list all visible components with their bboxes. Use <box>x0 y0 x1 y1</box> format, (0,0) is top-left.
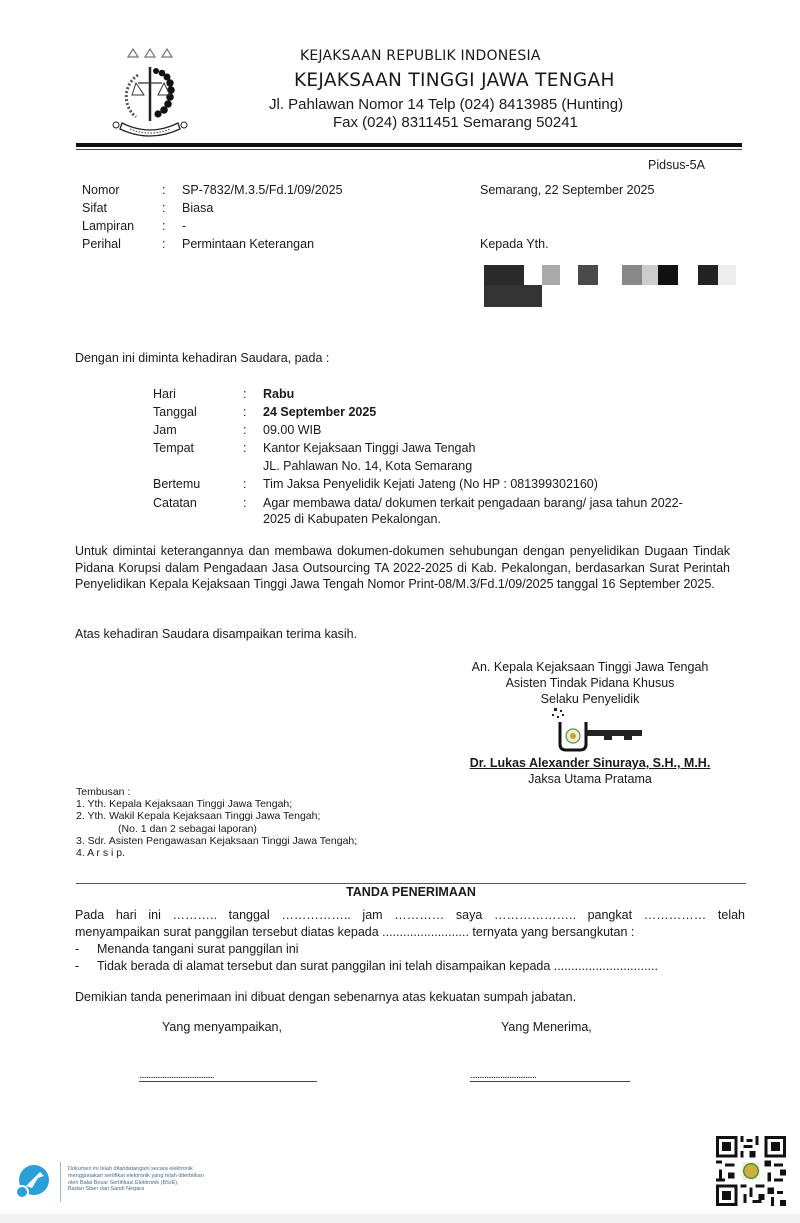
signer-name: Dr. Lukas Alexander Sinuraya, S.H., M.H. <box>440 755 740 771</box>
receipt-option: -Tidak berada di alamat tersebut dan sur… <box>75 958 745 975</box>
form-code: Pidsus-5A <box>648 158 705 172</box>
receipt-line1: Pada hari ini ……….. tanggal …………….. jam … <box>75 907 745 924</box>
signature-line2: Asisten Tindak Pidana Khusus <box>440 675 740 691</box>
left-sign-line: ........................................… <box>139 1070 317 1082</box>
detail-label: Catatan <box>153 495 243 511</box>
receipt-title: TANDA PENERIMAAN <box>76 885 746 899</box>
letterhead-divider-thin <box>76 149 742 150</box>
meta-row-lampiran: Lampiran:- <box>82 219 186 233</box>
letterhead-fax: Fax (024) 8311451 Semarang 50241 <box>333 114 578 131</box>
meta-label: Perihal <box>82 237 162 251</box>
detail-value: Agar membawa data/ dokumen terkait penga… <box>263 495 703 527</box>
meta-label: Nomor <box>82 183 162 197</box>
detail-row-tempat-line2: JL. Pahlawan No. 14, Kota Semarang <box>153 459 723 473</box>
detail-label: Tempat <box>153 441 243 455</box>
detail-label: Bertemu <box>153 477 243 491</box>
tembusan-item: 3. Sdr. Asisten Pengawasan Kejaksaan Tin… <box>76 835 357 847</box>
receipt-statement: Demikian tanda penerimaan ini dibuat den… <box>75 989 745 1006</box>
detail-row-hari: Hari:Rabu <box>153 387 723 401</box>
tembusan-block: Tembusan : 1. Yth. Kepala Kejaksaan Ting… <box>76 786 357 859</box>
bsre-footer: Dokumen ini telah ditandatangani secara … <box>14 1162 274 1206</box>
kejaksaan-emblem-icon <box>100 45 200 137</box>
receipt-line2: menyampaikan surat panggilan tersebut di… <box>75 924 745 941</box>
body-paragraph: Untuk dimintai keterangannya dan membawa… <box>75 543 730 593</box>
detail-colon: : <box>243 405 263 419</box>
meta-colon: : <box>162 201 182 215</box>
receipt-option: -Menanda tangani surat panggilan ini <box>75 941 745 958</box>
tembusan-note: (No. 1 dan 2 sebagai laporan) <box>76 823 357 835</box>
digital-signature-key-icon <box>552 708 652 752</box>
qr-code-icon[interactable] <box>713 1133 789 1209</box>
receipt-option-text: Tidak berada di alamat tersebut dan sura… <box>97 959 658 973</box>
meta-colon: : <box>162 219 182 233</box>
detail-value: Tim Jaksa Penyelidik Kejati Jateng (No H… <box>263 477 723 491</box>
detail-colon: : <box>243 387 263 401</box>
bsre-text-line: Dokumen ini telah ditandatangani secara … <box>68 1166 204 1173</box>
right-sign-line: ..................................... <box>470 1070 630 1082</box>
bsre-text-line: oleh Balai Besar Sertifikasi Elektronik … <box>68 1180 204 1187</box>
meta-row-perihal: Perihal:Permintaan Keterangan <box>82 237 314 251</box>
signer-rank: Jaksa Utama Pratama <box>440 771 740 787</box>
detail-row-catatan: Catatan:Agar membawa data/ dokumen terka… <box>153 495 703 527</box>
detail-value: Rabu <box>263 387 723 401</box>
letterhead-office-name: KEJAKSAAN TINGGI JAWA TENGAH <box>294 70 615 91</box>
bsre-divider <box>60 1162 61 1202</box>
bsre-text-line: menggunakan sertifikat elektronik yang t… <box>68 1173 204 1180</box>
meta-value: Biasa <box>182 201 213 215</box>
meta-value: - <box>182 219 186 233</box>
tembusan-item: 2. Yth. Wakil Kepala Kejaksaan Tinggi Ja… <box>76 810 357 822</box>
meta-colon: : <box>162 237 182 251</box>
tembusan-item: 4. A r s i p. <box>76 847 357 859</box>
signer-block: Dr. Lukas Alexander Sinuraya, S.H., M.H.… <box>440 755 740 787</box>
detail-colon: : <box>243 495 263 511</box>
meta-value: SP-7832/M.3.5/Fd.1/09/2025 <box>182 183 343 197</box>
detail-colon: : <box>243 477 263 491</box>
letterhead-divider-thick <box>76 143 742 147</box>
tembusan-item: 1. Yth. Kepala Kejaksaan Tinggi Jawa Ten… <box>76 798 357 810</box>
place-date: Semarang, 22 September 2025 <box>480 183 654 197</box>
bsre-text: Dokumen ini telah ditandatangani secara … <box>68 1166 204 1193</box>
detail-value: 09.00 WIB <box>263 423 723 437</box>
tembusan-title: Tembusan : <box>76 786 357 798</box>
detail-label: Hari <box>153 387 243 401</box>
detail-value: Kantor Kejaksaan Tinggi Jawa Tengah <box>263 441 723 455</box>
signature-line1: An. Kepala Kejaksaan Tinggi Jawa Tengah <box>440 659 740 675</box>
detail-colon: : <box>243 441 263 455</box>
letterhead-address: Jl. Pahlawan Nomor 14 Telp (024) 8413985… <box>269 96 623 113</box>
meta-label: Lampiran <box>82 219 162 233</box>
intro-text: Dengan ini diminta kehadiran Saudara, pa… <box>75 350 730 367</box>
receipt-divider <box>76 883 746 884</box>
detail-label: Jam <box>153 423 243 437</box>
receipt-option-text: Menanda tangani surat panggilan ini <box>97 942 299 956</box>
signature-line3: Selaku Penyelidik <box>440 691 740 707</box>
letterhead-line1: KEJAKSAAN REPUBLIK INDONESIA <box>300 48 700 64</box>
recipient-salutation: Kepada Yth. <box>480 237 549 251</box>
detail-row-tanggal: Tanggal:24 September 2025 <box>153 405 723 419</box>
closing-text: Atas kehadiran Saudara disampaikan terim… <box>75 626 730 643</box>
meta-value: Permintaan Keterangan <box>182 237 314 251</box>
meta-label: Sifat <box>82 201 162 215</box>
detail-value: 24 September 2025 <box>263 405 723 419</box>
detail-value: JL. Pahlawan No. 14, Kota Semarang <box>263 459 723 473</box>
detail-colon: : <box>243 423 263 437</box>
detail-row-tempat: Tempat:Kantor Kejaksaan Tinggi Jawa Teng… <box>153 441 723 455</box>
detail-row-jam: Jam:09.00 WIB <box>153 423 723 437</box>
bsre-text-line: Badan Siber dan Sandi Negara <box>68 1186 204 1193</box>
left-sign-label: Yang menyampaikan, <box>162 1020 282 1034</box>
meta-colon: : <box>162 183 182 197</box>
meta-row-nomor: Nomor:SP-7832/M.3.5/Fd.1/09/2025 <box>82 183 343 197</box>
right-sign-label: Yang Menerima, <box>501 1020 592 1034</box>
recipient-redacted <box>482 255 762 305</box>
detail-label: Tanggal <box>153 405 243 419</box>
page-bottom-bar <box>0 1214 800 1223</box>
meta-row-sifat: Sifat:Biasa <box>82 201 213 215</box>
signature-block: An. Kepala Kejaksaan Tinggi Jawa Tengah … <box>440 659 740 707</box>
bsre-logo-icon <box>14 1164 50 1200</box>
detail-row-bertemu: Bertemu:Tim Jaksa Penyelidik Kejati Jate… <box>153 477 723 491</box>
